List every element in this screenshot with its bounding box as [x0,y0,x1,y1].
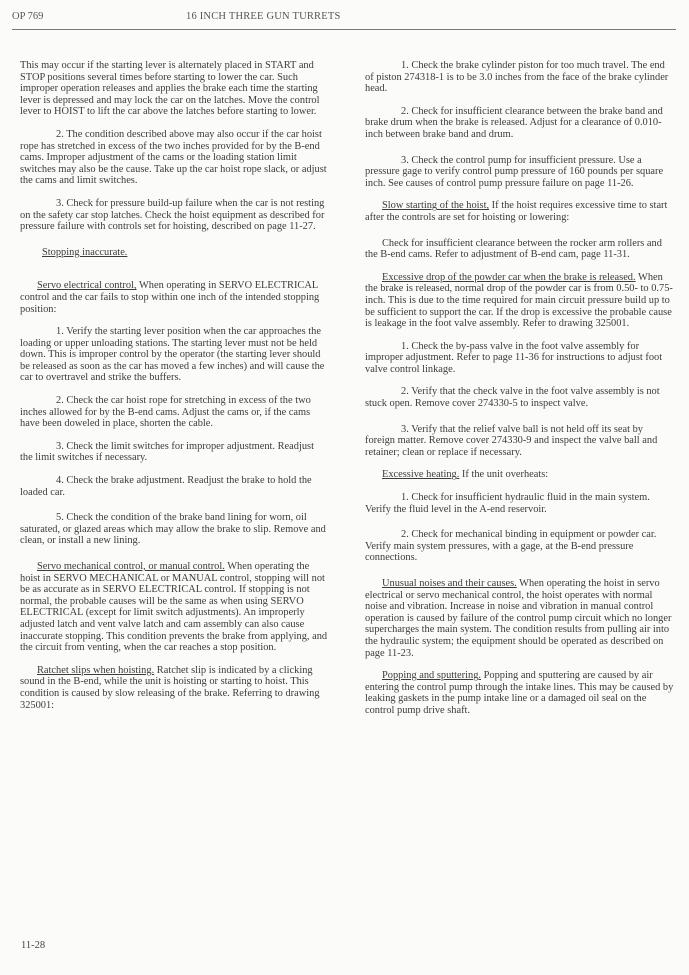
paragraph-text: 2. The condition described above may als… [20,129,327,186]
paragraph-heading: Ratchet slips when hoisting. [37,665,154,676]
paragraph-text: 3. Check the control pump for insufficie… [365,155,663,189]
paragraph-heading: Excessive heating. [382,469,459,480]
titled-paragraph: Excessive drop of the powder car when th… [365,272,675,330]
left-column: This may occur if the starting lever is … [20,60,328,722]
paragraph: 3. Verify that the relief valve ball is … [365,424,675,459]
paragraph-text: If the unit overheats: [459,469,548,480]
paragraph-text: When operating the hoist in SERVO MECHAN… [20,561,327,653]
paragraph-heading: Servo mechanical control, or manual cont… [37,561,225,572]
paragraph-text: 3. Verify that the relief valve ball is … [365,424,657,458]
titled-paragraph: Slow starting of the hoist, If the hoist… [365,200,675,223]
section-heading: Stopping inaccurate. [20,247,328,259]
paragraph-text: 1. Check for insufficient hydraulic flui… [365,492,650,515]
paragraph-text: 1. Verify the starting lever position wh… [20,326,324,383]
paragraph-text: 2. Check for insufficient clearance betw… [365,106,663,140]
page-number: 11-28 [21,940,45,951]
paragraph-text: When operating the hoist in servo electr… [365,578,671,659]
titled-paragraph: Unusual noises and their causes. When op… [365,578,675,659]
paragraph-text: Check for insufficient clearance between… [365,238,662,261]
paragraph-text: 1. Check the brake cylinder piston for t… [365,60,668,94]
titled-paragraph: Excessive heating. If the unit overheats… [365,469,675,481]
titled-paragraph: Popping and sputtering. Popping and sput… [365,670,675,716]
heading-text: Stopping inaccurate. [42,247,127,258]
paragraph-text: 1. Check the by-pass valve in the foot v… [365,341,662,375]
paragraph-text: 4. Check the brake adjustment. Readjust … [20,475,312,498]
paragraph-heading: Servo electrical control, [37,280,137,291]
paragraph-text: 5. Check the condition of the brake band… [20,512,326,546]
paragraph: 1. Check the brake cylinder piston for t… [365,60,675,95]
header-divider [12,29,676,30]
paragraph-heading: Slow starting of the hoist, [382,200,489,211]
right-column: 1. Check the brake cylinder piston for t… [365,60,675,728]
paragraph-text: 2. Check the car hoist rope for stretchi… [20,395,311,429]
paragraph-heading: Excessive drop of the powder car when th… [382,272,636,283]
paragraph: 2. Check for insufficient clearance betw… [365,106,675,141]
paragraph: 2. Verify that the check valve in the fo… [365,386,675,409]
paragraph-text: 2. Verify that the check valve in the fo… [365,386,660,409]
paragraph: 2. Check for mechanical binding in equip… [365,529,675,564]
paragraph-text: 3. Check the limit switches for improper… [20,441,314,464]
paragraph: 5. Check the condition of the brake band… [20,512,328,547]
titled-paragraph: Servo electrical control, When operating… [20,280,328,315]
paragraph: 3. Check the control pump for insufficie… [365,155,675,190]
paragraph: 1. Verify the starting lever position wh… [20,326,328,384]
paragraph: Check for insufficient clearance between… [365,238,675,261]
paragraph: 1. Check for insufficient hydraulic flui… [365,492,675,515]
paragraph: 2. The condition described above may als… [20,129,328,187]
paragraph: 3. Check for pressure build-up failure w… [20,198,328,233]
paragraph-heading: Popping and sputtering. [382,670,481,681]
paragraph: 2. Check the car hoist rope for stretchi… [20,395,328,430]
paragraph: 4. Check the brake adjustment. Readjust … [20,475,328,498]
paragraph-text: 3. Check for pressure build-up failure w… [20,198,324,232]
paragraph: 3. Check the limit switches for improper… [20,441,328,464]
paragraph-text: This may occur if the starting lever is … [20,60,320,117]
paragraph: This may occur if the starting lever is … [20,60,328,118]
document-code: OP 769 [12,11,43,22]
paragraph-text: 2. Check for mechanical binding in equip… [365,529,656,563]
paragraph-heading: Unusual noises and their causes. [382,578,517,589]
titled-paragraph: Servo mechanical control, or manual cont… [20,561,328,654]
titled-paragraph: Ratchet slips when hoisting. Ratchet sli… [20,665,328,711]
page-header: OP 769 16 INCH THREE GUN TURRETS [12,8,677,26]
paragraph: 1. Check the by-pass valve in the foot v… [365,341,675,376]
page-title: 16 INCH THREE GUN TURRETS [186,11,341,22]
